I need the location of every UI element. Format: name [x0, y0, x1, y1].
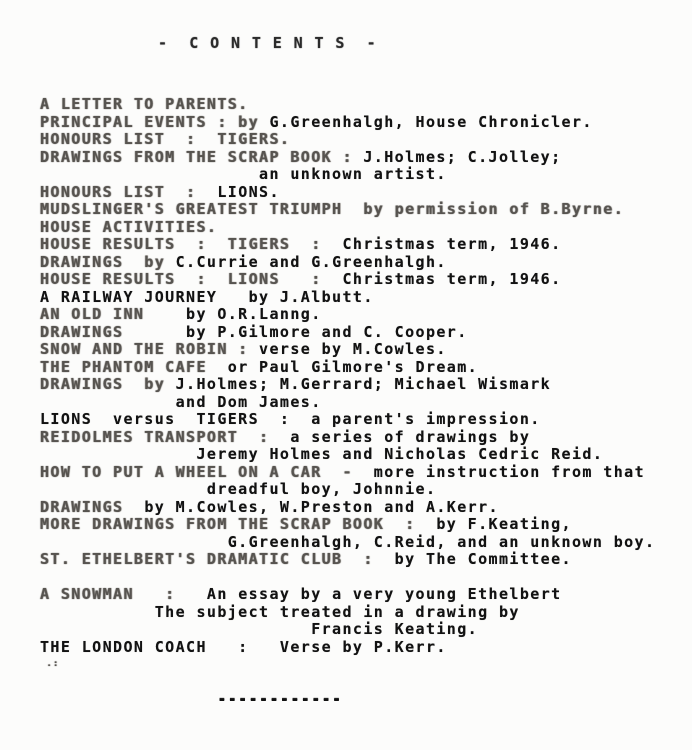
toc-line-label: HOW TO PUT A WHEEL ON A CAR -: [40, 463, 374, 481]
toc-line-label: MORE DRAWINGS FROM THE SCRAP BOOK :: [40, 515, 436, 533]
toc-line-detail: or Paul Gilmore's Dream.: [228, 358, 478, 376]
toc-line-detail: a series of drawings by: [290, 428, 530, 446]
toc-line: REIDOLMES TRANSPORT : a series of drawin…: [40, 429, 655, 447]
toc-line-detail: An essay by a very young Ethelbert: [207, 585, 562, 603]
toc-line: Jeremy Holmes and Nicholas Cedric Reid.: [40, 446, 655, 464]
toc-line: ST. ETHELBERT'S DRAMATIC CLUB : by The C…: [40, 551, 655, 569]
toc-line: THE PHANTOM CAFE or Paul Gilmore's Dream…: [40, 359, 655, 377]
toc-line: DRAWINGS FROM THE SCRAP BOOK : J.Holmes;…: [40, 149, 655, 167]
toc-line-label: DRAWINGS: [40, 323, 186, 341]
toc-line: HOUSE RESULTS : TIGERS : Christmas term,…: [40, 236, 655, 254]
toc-line-label: HOUSE ACTIVITIES.: [40, 218, 217, 236]
toc-line-label: REIDOLMES TRANSPORT :: [40, 428, 290, 446]
toc-line: A RAILWAY JOURNEY by J.Albutt.: [40, 289, 655, 307]
toc-line-detail: A RAILWAY JOURNEY by J.Albutt.: [40, 288, 374, 306]
page-title: - C O N T E N T S -: [158, 34, 377, 52]
toc-line: MORE DRAWINGS FROM THE SCRAP BOOK : by F…: [40, 516, 655, 534]
toc-line: HOUSE ACTIVITIES.: [40, 219, 655, 237]
toc-line-detail: Jeremy Holmes and Nicholas Cedric Reid.: [40, 445, 603, 463]
toc-line-detail: dreadful boy, Johnnie.: [40, 480, 436, 498]
toc-line-label: HONOURS LIST :: [40, 183, 217, 201]
toc-line: HONOURS LIST : LIONS.: [40, 184, 655, 202]
toc-blank-line: [40, 674, 655, 692]
toc-line: LIONS versus TIGERS : a parent's impress…: [40, 411, 655, 429]
toc-line-label: HOUSE RESULTS : TIGERS :: [40, 235, 343, 253]
table-of-contents: A LETTER TO PARENTS. PRINCIPAL EVENTS : …: [40, 96, 655, 709]
toc-line: HOUSE RESULTS : LIONS : Christmas term, …: [40, 271, 655, 289]
toc-line: AN OLD INN by O.R.Lanng.: [40, 306, 655, 324]
toc-line-label: DRAWINGS: [40, 498, 144, 516]
toc-line-detail: by P.Gilmore and C. Cooper.: [186, 323, 468, 341]
toc-line: A LETTER TO PARENTS.: [40, 96, 655, 114]
toc-line-label: DRAWINGS FROM THE SCRAP BOOK :: [40, 148, 363, 166]
toc-line-label: ST. ETHELBERT'S DRAMATIC CLUB :: [40, 550, 395, 568]
toc-line-detail: LIONS.: [217, 183, 280, 201]
toc-line-detail: by M.Cowles, W.Preston and A.Kerr.: [144, 498, 499, 516]
toc-line-detail: by F.Keating,: [436, 515, 572, 533]
toc-line-detail: THE LONDON COACH : Verse by P.Kerr.: [40, 638, 447, 656]
toc-line-label: HOUSE RESULTS : LIONS :: [40, 270, 343, 288]
scanned-contents-page: - C O N T E N T S - A LETTER TO PARENTS.…: [0, 0, 692, 750]
toc-line: G.Greenhalgh, C.Reid, and an unknown boy…: [40, 534, 655, 552]
toc-line-detail: verse by M.Cowles.: [259, 340, 447, 358]
toc-line-detail: more instruction from that: [374, 463, 645, 481]
toc-line-detail: by O.R.Lanng.: [186, 305, 322, 323]
toc-line-detail: by The Committee.: [395, 550, 572, 568]
toc-line: and Dom James.: [40, 394, 655, 412]
toc-line: DRAWINGS by C.Currie and G.Greenhalgh.: [40, 254, 655, 272]
toc-line: A SNOWMAN : An essay by a very young Eth…: [40, 586, 655, 604]
toc-line: HONOURS LIST : TIGERS.: [40, 131, 655, 149]
toc-line-detail: C.Currie and G.Greenhalgh.: [176, 253, 447, 271]
toc-line: HOW TO PUT A WHEEL ON A CAR - more instr…: [40, 464, 655, 482]
toc-line-label: SNOW AND THE ROBIN :: [40, 340, 259, 358]
toc-line-label: THE PHANTOM CAFE: [40, 358, 228, 376]
toc-line-label: MUDSLINGER'S GREATEST TRIUMPH by permiss…: [40, 200, 624, 218]
toc-line: The subject treated in a drawing by: [40, 604, 655, 622]
toc-line-detail: G.Greenhalgh, C.Reid, and an unknown boy…: [40, 533, 655, 551]
toc-line: PRINCIPAL EVENTS : by G.Greenhalgh, Hous…: [40, 114, 655, 132]
toc-line: DRAWINGS by M.Cowles, W.Preston and A.Ke…: [40, 499, 655, 517]
toc-blank-line: [40, 569, 655, 587]
toc-line-label: DRAWINGS by: [40, 375, 176, 393]
toc-line-label: HONOURS LIST : TIGERS.: [40, 130, 290, 148]
toc-line-detail: Francis Keating.: [40, 620, 478, 638]
toc-line-detail: The subject treated in a drawing by: [40, 603, 520, 621]
toc-line-detail: G.Greenhalgh, House Chronicler.: [269, 113, 592, 131]
toc-line-label: AN OLD INN: [40, 305, 186, 323]
toc-line: DRAWINGS by J.Holmes; M.Gerrard; Michael…: [40, 376, 655, 394]
toc-line: dreadful boy, Johnnie.: [40, 481, 655, 499]
toc-line-label: A SNOWMAN :: [40, 585, 207, 603]
toc-line: Francis Keating.: [40, 621, 655, 639]
toc-line-label: DRAWINGS by: [40, 253, 176, 271]
toc-line: an unknown artist.: [40, 166, 655, 184]
toc-line-detail: J.Holmes; C.Jolley;: [363, 148, 561, 166]
scan-stray-mark: .:: [40, 656, 655, 674]
toc-line-detail: Christmas term, 1946.: [343, 270, 562, 288]
toc-line-detail: and Dom James.: [40, 393, 322, 411]
toc-line: DRAWINGS by P.Gilmore and C. Cooper.: [40, 324, 655, 342]
bottom-dashed-rule: ------------: [40, 691, 655, 709]
toc-line-detail: LIONS versus TIGERS : a parent's impress…: [40, 410, 541, 428]
toc-line: THE LONDON COACH : Verse by P.Kerr.: [40, 639, 655, 657]
toc-line: MUDSLINGER'S GREATEST TRIUMPH by permiss…: [40, 201, 655, 219]
toc-line-label: A LETTER TO PARENTS.: [40, 95, 249, 113]
toc-line-detail: an unknown artist.: [40, 165, 447, 183]
toc-line-label: PRINCIPAL EVENTS : by: [40, 113, 269, 131]
toc-line-detail: J.Holmes; M.Gerrard; Michael Wismark: [176, 375, 552, 393]
toc-line-detail: Christmas term, 1946.: [343, 235, 562, 253]
toc-line: SNOW AND THE ROBIN : verse by M.Cowles.: [40, 341, 655, 359]
